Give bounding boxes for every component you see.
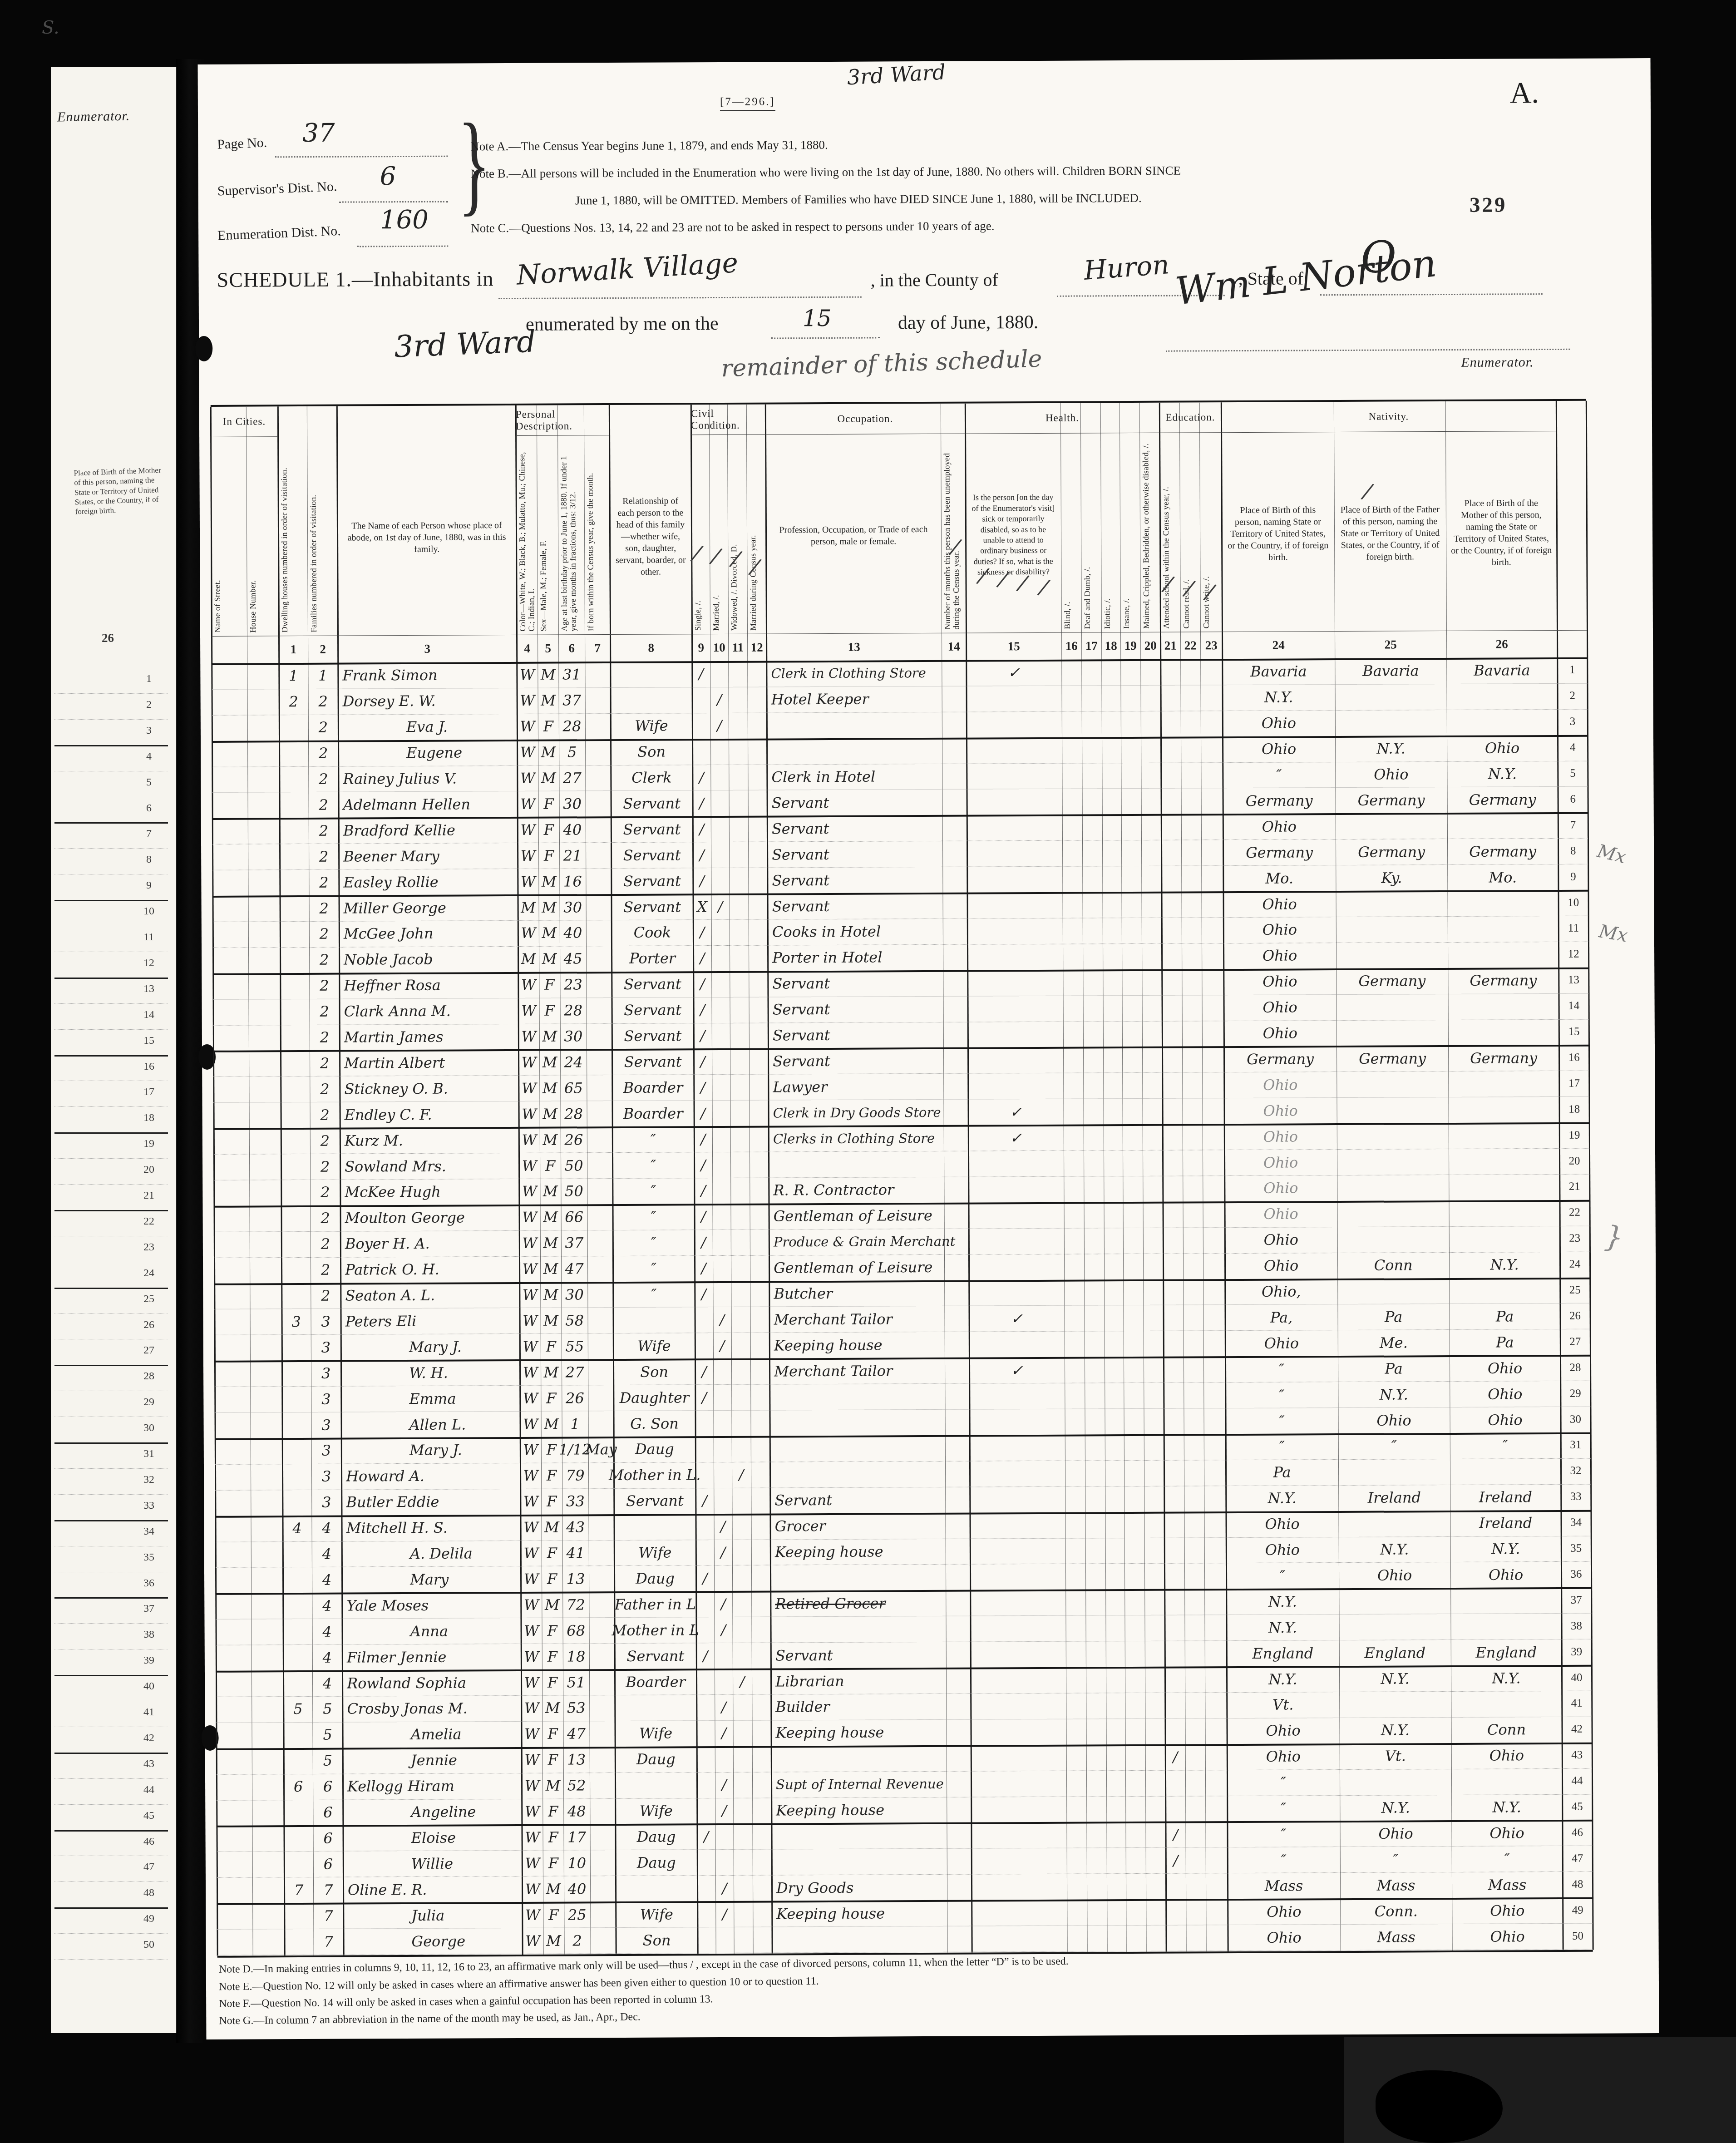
cell-c9: / [694, 1204, 712, 1230]
cell-dw: 4 [282, 1516, 311, 1541]
cell-occ: Keeping house [770, 1538, 946, 1565]
cell-sex: M [540, 1230, 561, 1256]
county-value: Huron [1083, 249, 1170, 286]
column-header-label: Maimed, Crippled, Bedridden, or otherwis… [1141, 440, 1159, 629]
cell-fam: 4 [312, 1593, 342, 1619]
cell-sex: F [542, 1824, 563, 1850]
cell-pf: ″ [1340, 1846, 1452, 1872]
cell-num: 18 [1559, 1096, 1589, 1122]
cell-pob: Pa [1226, 1459, 1338, 1486]
page-no-value: 37 [302, 119, 335, 148]
cell-age: 30 [560, 1023, 587, 1049]
cell-fam: 2 [309, 921, 339, 947]
cell-fam: 2 [309, 947, 339, 973]
prev-row-number: 45 [140, 1810, 158, 1822]
cell-num: 48 [1563, 1871, 1593, 1897]
cell-c10: / [714, 1539, 732, 1565]
cell-name: A. Delila [342, 1541, 521, 1567]
prev-row-rule [54, 1959, 168, 1960]
column-number: 10 [710, 634, 728, 661]
column-header-label: The Name of each Person whose place of a… [337, 442, 517, 633]
cell-pob: Mass [1228, 1872, 1340, 1899]
cell-c9: / [695, 1358, 713, 1384]
cell-pf: Ohio [1338, 1407, 1450, 1433]
cell-occ: Servant [767, 789, 942, 816]
cell-pf: Me. [1338, 1329, 1450, 1356]
cell-pf: N.Y. [1339, 1717, 1451, 1743]
cell-col: W [519, 1127, 540, 1153]
cell-num: 27 [1560, 1329, 1590, 1355]
cell-sex: M [538, 739, 559, 765]
prev-row-number: 46 [140, 1836, 158, 1848]
prev-row-number: 2 [140, 699, 158, 711]
cell-col: W [518, 1023, 539, 1049]
census-table: In Cities.Personal Description.Civil Con… [211, 399, 1593, 1956]
cell-pf: Pa [1338, 1355, 1450, 1382]
prev-row-number: 19 [140, 1138, 158, 1150]
cell-rel: Wife [614, 1540, 696, 1566]
cell-col: W [519, 1256, 540, 1282]
cell-rel: ″ [612, 1178, 694, 1204]
cell-c15: ✓ [969, 1357, 1065, 1383]
cell-name: Stickney O. B. [340, 1075, 518, 1102]
cell-occ: Servant [771, 1642, 946, 1669]
prev-row-number: 34 [140, 1526, 158, 1538]
prev-row-number: 14 [140, 1009, 158, 1021]
prev-row-rule [54, 1520, 168, 1521]
cell-occ: Keeping house [771, 1797, 947, 1823]
dotted-rule [771, 336, 880, 339]
prev-row-rule [54, 1106, 168, 1107]
prev-row-rule [54, 1881, 168, 1882]
cell-fam: 2 [308, 766, 338, 792]
cell-fam: 2 [308, 714, 338, 740]
cell-fam: 2 [310, 1205, 340, 1231]
enumerator-signature: Wm L Norton [1173, 241, 1439, 313]
cell-num: 23 [1560, 1225, 1590, 1251]
cell-rel: ″ [612, 1152, 694, 1178]
cell-name: Dorsey E. W. [338, 688, 517, 715]
cell-occ: Cooks in Hotel [768, 918, 943, 945]
column-header-label: Place of Birth of the Mother of this per… [1445, 437, 1557, 628]
cell-dw: 7 [284, 1877, 313, 1903]
cell-name: Oline E. R. [343, 1876, 522, 1903]
cell-pf: N.Y. [1338, 1381, 1450, 1407]
cell-sex: M [538, 765, 559, 791]
column-number: 16 [1061, 633, 1081, 659]
column-group-label: Personal Description. [516, 405, 609, 436]
prev-row-number: 32 [140, 1474, 158, 1486]
cell-age: 51 [563, 1669, 589, 1695]
cell-num: 30 [1560, 1407, 1590, 1432]
cell-col: W [521, 1695, 542, 1721]
cell-rel: Servant [612, 1049, 694, 1075]
cell-col: W [518, 1049, 539, 1075]
cell-rel: G. Son [613, 1410, 695, 1437]
cell-num: 36 [1561, 1561, 1591, 1587]
cell-pf: Ohio [1340, 1820, 1451, 1847]
prev-row-rule [54, 745, 168, 746]
cell-pob: Ohio [1223, 891, 1336, 917]
cell-age: 28 [559, 713, 585, 739]
cell-name: Emma [341, 1385, 520, 1412]
prev-row-rule [54, 1442, 168, 1444]
cell-occ: Keeping house [769, 1332, 945, 1358]
cell-pm: Ohio [1450, 1355, 1560, 1381]
cell-name: Willie [343, 1850, 522, 1877]
cell-col: W [520, 1514, 541, 1540]
cell-c15: ✓ [966, 660, 1061, 686]
cell-age: 50 [561, 1178, 587, 1204]
cell-pob: Ohio [1223, 736, 1335, 762]
cell-col: W [520, 1411, 541, 1437]
cell-occ: Servant [768, 970, 943, 997]
cell-rel: Son [611, 739, 692, 765]
prev-row-rule [54, 1365, 168, 1366]
cell-age: 33 [562, 1488, 588, 1514]
cell-c10: / [710, 687, 729, 713]
prev-row-rule [54, 1933, 168, 1934]
prev-row-number: 11 [140, 931, 158, 943]
cell-rel: Boarder [612, 1075, 694, 1101]
cell-pob: Ohio [1225, 1253, 1337, 1279]
cell-pf: Conn [1337, 1252, 1449, 1279]
cell-col: W [517, 662, 538, 688]
cell-pm: N.Y. [1447, 761, 1558, 787]
column-number: 24 [1222, 632, 1335, 658]
cell-sex: F [539, 972, 560, 997]
cell-pob: Ohio [1228, 1924, 1340, 1950]
column-number: 8 [610, 634, 692, 661]
cell-fam: 2 [310, 1154, 340, 1180]
cell-fam: 2 [310, 1180, 340, 1205]
cell-c11: / [733, 1669, 752, 1694]
column-header-label: Color—White, W.; Black, B.; Mulatto, Mu.… [518, 443, 536, 632]
cell-sex: F [540, 1153, 561, 1179]
cell-col: W [522, 1928, 543, 1954]
cell-rel: Servant [615, 1643, 696, 1669]
prev-row-number: 27 [140, 1344, 158, 1357]
cell-c9: / [695, 1255, 713, 1281]
cell-sex: M [539, 1023, 560, 1049]
cell-pm: N.Y. [1451, 1665, 1562, 1691]
cell-age: 65 [560, 1075, 587, 1101]
cell-c9: / [694, 1023, 712, 1049]
cell-age: 28 [560, 997, 587, 1023]
cell-col: W [521, 1540, 542, 1566]
cell-name: Mitchell H. S. [341, 1515, 520, 1541]
cell-pm: Pa [1449, 1303, 1560, 1329]
cell-num: 42 [1562, 1717, 1592, 1743]
form-code: [7—296.] [720, 95, 775, 111]
cell-occ: Librarian [771, 1668, 946, 1694]
cell-pob: Ohio [1225, 1330, 1338, 1356]
prev-row-rule [54, 978, 168, 979]
cell-sex: F [541, 1333, 562, 1359]
cell-col: W [518, 843, 538, 869]
cell-col: W [519, 1153, 540, 1179]
cell-c9: / [694, 1126, 712, 1152]
cell-pm: N.Y. [1450, 1536, 1561, 1562]
cell-sex: M [540, 1127, 561, 1153]
column-group-label: Education. [1159, 402, 1221, 433]
cell-name: Eva J. [338, 714, 517, 741]
cell-occ: Keeping house [772, 1900, 947, 1927]
enum-dist-label: Enumeration Dist. No. [217, 223, 341, 244]
cell-c9: / [693, 919, 711, 945]
cell-c10: / [715, 1797, 733, 1823]
cell-name: Adelmann Hellen [339, 791, 518, 818]
cell-col: W [522, 1747, 542, 1773]
cell-fam: 7 [313, 1877, 343, 1903]
cell-pf: Vt. [1340, 1743, 1451, 1769]
cell-col: W [520, 1385, 541, 1411]
prev-row-rule [54, 1494, 168, 1495]
cell-occ: Servant [768, 996, 943, 1023]
cell-c9: / [696, 1565, 714, 1591]
cell-c9: X [693, 894, 711, 919]
cell-pm: Germany [1448, 968, 1558, 994]
cell-pf: Mass [1340, 1924, 1452, 1950]
cell-sex: F [541, 1488, 562, 1514]
prev-row-rule [54, 1158, 168, 1159]
cell-rel: Daug [614, 1436, 695, 1462]
cell-sex: F [543, 1850, 564, 1876]
column-number: 9 [692, 634, 710, 661]
cell-fam: 7 [313, 1903, 343, 1929]
column-number: 15 [966, 633, 1061, 660]
cell-dw: 2 [279, 689, 308, 715]
cell-col: W [518, 791, 538, 817]
cell-fam: 3 [311, 1438, 341, 1464]
cell-pob: N.Y. [1223, 684, 1335, 711]
cell-c9: / [694, 1074, 712, 1100]
cell-col: W [520, 1489, 541, 1515]
cell-c9: / [696, 1643, 715, 1669]
cell-rel: Daughter [613, 1384, 695, 1411]
prev-row-number: 4 [140, 751, 158, 763]
cell-sex: F [539, 997, 560, 1023]
prev-row-number: 50 [140, 1939, 158, 1951]
cell-num: 32 [1561, 1458, 1591, 1484]
prev-row-rule [54, 1907, 168, 1909]
column-number: 1 [279, 636, 308, 662]
cell-rel: Servant [612, 997, 693, 1023]
cell-num: 9 [1558, 864, 1588, 890]
cell-pf: N.Y. [1340, 1795, 1451, 1821]
column-header-label: Deaf and Dumb, /. [1082, 440, 1100, 629]
cell-fam: 2 [309, 973, 339, 998]
column-header-label: Sex—Male, M.; Female, F. [538, 443, 557, 632]
prev-row-number: 43 [140, 1758, 158, 1770]
cell-c9: / [694, 1100, 712, 1126]
note-b-line1: Note B.—All persons will be included in … [471, 164, 1181, 181]
note-c: Note C.—Questions Nos. 13, 14, 22 and 23… [471, 219, 994, 235]
prev-row-number: 15 [140, 1035, 158, 1047]
prev-row-number: 1 [140, 673, 158, 685]
cell-sex: F [538, 713, 559, 739]
cell-pm: Germany [1447, 786, 1558, 813]
cell-c21: / [1165, 1744, 1185, 1770]
cell-pf: Germany [1335, 787, 1447, 814]
cell-pm: Germany [1447, 838, 1558, 864]
cell-pob: ″ [1228, 1847, 1340, 1873]
cell-name: Mary [342, 1566, 521, 1593]
cell-age: 50 [561, 1152, 587, 1178]
prev-row-number: 3 [140, 725, 158, 737]
cell-sex: M [539, 920, 560, 946]
column-number: 3 [338, 635, 517, 662]
column-header-label: Relationship of each person to the head … [609, 441, 692, 632]
cell-dw: 6 [284, 1774, 313, 1800]
prev-row-number: 42 [140, 1732, 158, 1744]
cell-pm: Mo. [1447, 864, 1558, 890]
cell-name: Patrick O. H. [340, 1256, 519, 1283]
cell-pob: N.Y. [1226, 1588, 1339, 1615]
cell-pob: Ohio [1226, 1537, 1339, 1563]
column-number: 20 [1140, 632, 1160, 659]
cell-name: Easley Rollie [339, 869, 518, 895]
column-number: 17 [1081, 632, 1101, 659]
cell-num: 33 [1561, 1484, 1591, 1510]
cell-pob: England [1227, 1640, 1339, 1666]
prev-col26-number: 26 [102, 631, 114, 645]
county-label: , in the County of [871, 269, 998, 291]
cell-name: Martin James [340, 1024, 518, 1051]
cell-name: Rowland Sophia [342, 1669, 521, 1696]
cell-c9: / [693, 790, 711, 816]
cell-c9: / [695, 1384, 713, 1410]
margin-scribble: Mx [1597, 921, 1629, 946]
cell-name: Anna [342, 1618, 521, 1644]
schedule-label: SCHEDULE 1.—Inhabitants in [217, 267, 493, 292]
cell-pob: Pa, [1225, 1304, 1337, 1331]
cell-occ: Servant [770, 1487, 945, 1514]
cell-num: 50 [1563, 1923, 1593, 1949]
cell-name: Angeline [343, 1799, 522, 1826]
cell-rel: ″ [613, 1230, 695, 1256]
prev-row-number: 7 [140, 828, 158, 840]
footnote-f: Note F.—Question No. 14 will only be ask… [219, 1993, 713, 2010]
cell-fam: 3 [311, 1309, 340, 1334]
cell-pob: Germany [1224, 1046, 1337, 1072]
cell-col: W [518, 869, 538, 894]
cell-pob: Ohio [1223, 943, 1336, 969]
cell-fam: 4 [312, 1541, 342, 1567]
cell-sex: F [538, 843, 559, 869]
cell-name: Kurz M. [340, 1127, 519, 1154]
cell-name: Heffner Rosa [339, 972, 518, 999]
cell-age: 28 [560, 1101, 587, 1127]
cell-sex: F [542, 1669, 563, 1695]
column-number: 26 [1446, 631, 1557, 657]
prev-row-rule [54, 797, 168, 797]
column-header-label: Place of Birth of this person, naming St… [1221, 438, 1335, 629]
cell-pm: Ireland [1450, 1510, 1561, 1536]
cell-name: Clark Anna M. [340, 998, 518, 1025]
cell-pf: Ky. [1336, 864, 1447, 891]
cell-col: W [520, 1359, 541, 1385]
cell-name: McKee Hugh [340, 1179, 519, 1205]
prev-row-number: 48 [140, 1887, 158, 1899]
cell-pob: ″ [1225, 1356, 1338, 1382]
cell-pm: ″ [1452, 1846, 1563, 1872]
cell-rel: Servant [612, 1023, 694, 1049]
cell-rel: Servant [611, 816, 693, 843]
prev-row-number: 28 [140, 1370, 158, 1383]
cell-pf: England [1339, 1639, 1451, 1666]
cell-age: 47 [561, 1256, 587, 1282]
column-number: 6 [558, 635, 585, 661]
cell-age: 26 [561, 1126, 587, 1152]
cell-pm: Ireland [1450, 1484, 1561, 1511]
cell-pm: Ohio [1452, 1923, 1563, 1950]
cell-fam: 2 [311, 1257, 340, 1283]
column-number: 13 [766, 633, 942, 661]
corner-letter: A. [1510, 76, 1539, 110]
cell-name: Martin Albert [340, 1049, 518, 1076]
cell-pf: Germany [1337, 1046, 1448, 1072]
cell-sex: M [543, 1928, 564, 1954]
cell-fam: 6 [313, 1773, 343, 1799]
column-header-label: If born within the Census year, give the… [586, 442, 608, 631]
cell-num: 1 [1557, 657, 1587, 683]
cell-name: Julia [343, 1902, 522, 1929]
dotted-rule [275, 155, 448, 158]
cell-pm: Ohio [1447, 735, 1558, 761]
cell-age: 79 [562, 1462, 588, 1488]
cell-fam: 4 [312, 1670, 342, 1696]
prev-row-rule [54, 1468, 168, 1469]
prev-row-rule [54, 1856, 168, 1856]
cell-pm: Pa [1450, 1329, 1560, 1355]
cell-num: 2 [1558, 683, 1588, 709]
cell-sex: M [541, 1514, 562, 1540]
cell-fam: 6 [313, 1799, 343, 1825]
cell-fam: 1 [308, 663, 338, 689]
cell-occ: Produce & Grain Merchant [769, 1229, 944, 1255]
cell-rel: Cook [612, 919, 693, 946]
cell-sex: F [543, 1902, 564, 1928]
cell-occ: Merchant Tailor [769, 1358, 945, 1384]
cell-name: Howard A. [341, 1463, 520, 1490]
prev-row-rule [54, 1417, 168, 1417]
cell-pf: Germany [1336, 968, 1448, 994]
cell-rel: Clerk [611, 765, 692, 791]
scanned-census-document: { "page": { "corner_letter": "A.", "form… [0, 0, 1736, 2143]
cell-col: W [518, 920, 539, 946]
cell-pob: Germany [1223, 839, 1336, 865]
cell-rel: Son [613, 1359, 695, 1385]
cell-pob: Mo. [1223, 865, 1336, 891]
cell-pob: ″ [1223, 762, 1335, 788]
cell-sex: M [538, 687, 559, 713]
column-header-label: Place of Birth of the Father of this per… [1334, 438, 1446, 629]
cell-col: W [518, 997, 539, 1023]
column-header-label: Dwelling houses numbered in order of vis… [280, 444, 306, 632]
cell-sex: M [539, 1075, 560, 1101]
cell-sex: M [540, 1282, 561, 1308]
cell-col: W [517, 739, 538, 765]
cell-col: W [522, 1824, 542, 1850]
cell-age: 66 [561, 1204, 587, 1230]
cell-occ: Butcher [769, 1280, 944, 1307]
cell-occ: Servant [768, 893, 943, 919]
cell-fam: 2 [310, 1050, 340, 1076]
cell-age: 27 [562, 1359, 588, 1385]
cell-num: 28 [1560, 1355, 1590, 1381]
cell-age: 30 [561, 1282, 587, 1308]
